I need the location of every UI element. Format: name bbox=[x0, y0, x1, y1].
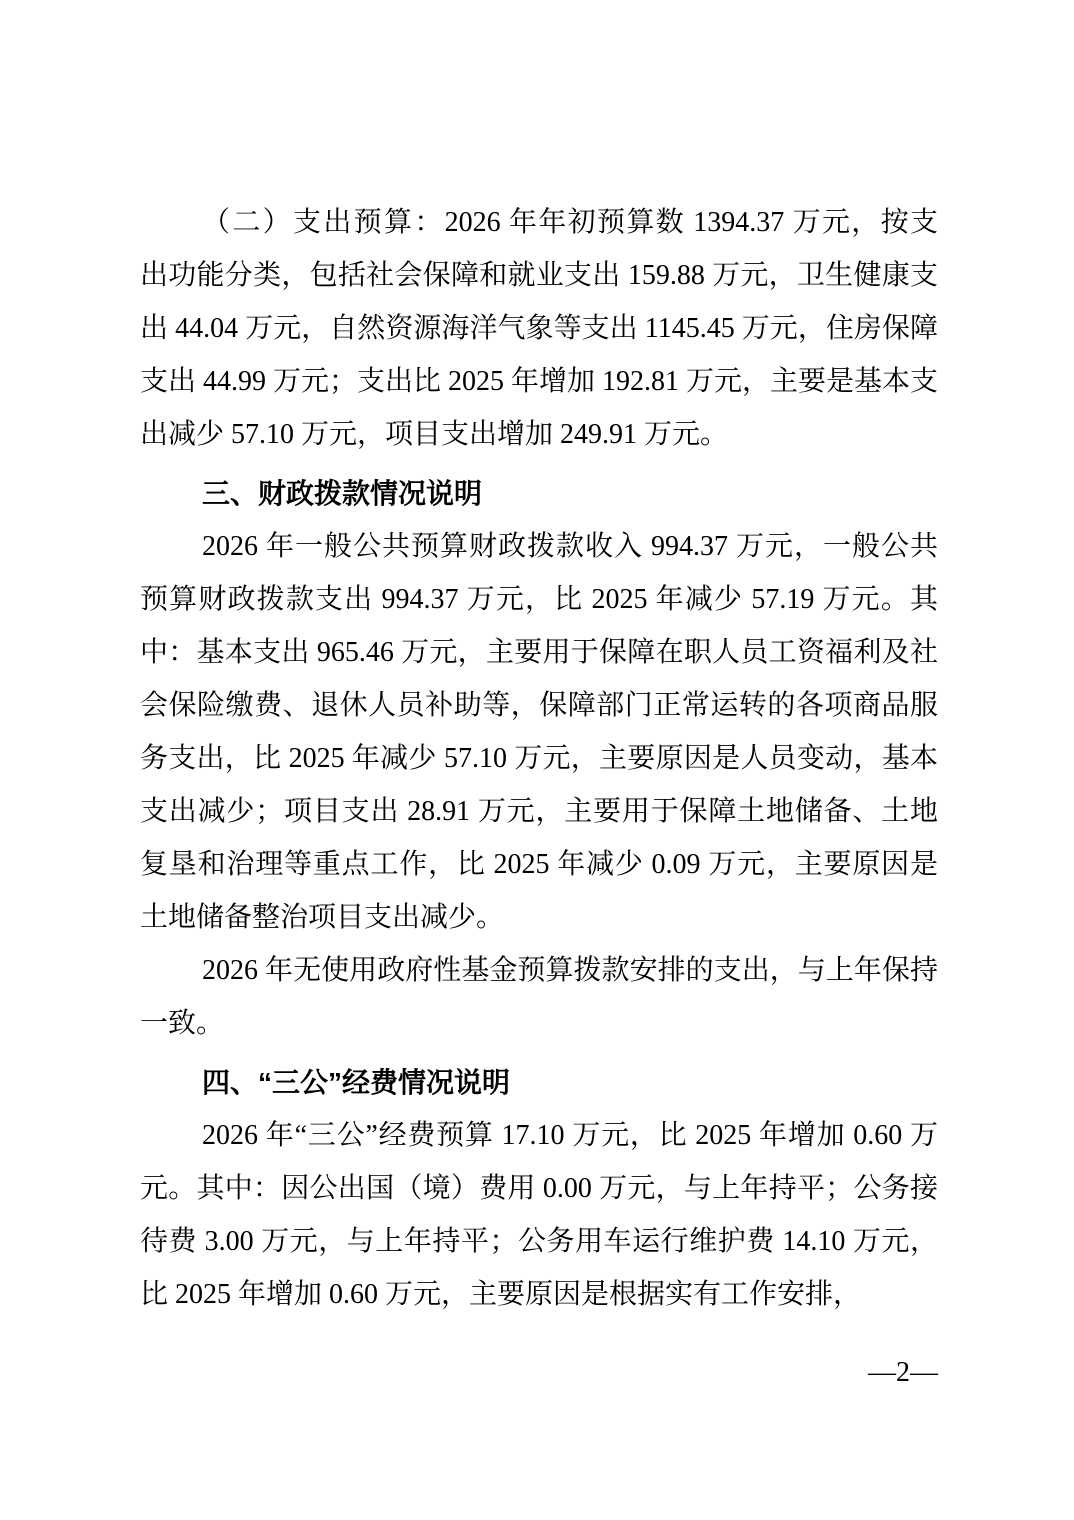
paragraph-three-public-expenses-detail: 2026 年“三公”经费预算 17.10 万元，比 2025 年增加 0.60 … bbox=[140, 1109, 938, 1321]
section-heading-three-public-expenses: 四、“三公”经费情况说明 bbox=[140, 1056, 938, 1109]
paragraph-lead-label: （二）支出预算： bbox=[202, 207, 445, 238]
paragraph-government-fund: 2026 年无使用政府性基金预算拨款安排的支出，与上年保持一致。 bbox=[140, 944, 938, 1050]
document-body: （二）支出预算：2026 年年初预算数 1394.37 万元，按支出功能分类，包… bbox=[140, 196, 938, 1399]
paragraph-fiscal-appropriation-detail: 2026 年一般公共预算财政拨款收入 994.37 万元，一般公共预算财政拨款支… bbox=[140, 520, 938, 944]
page-number: —2— bbox=[140, 1346, 938, 1399]
paragraph-expenditure-budget: （二）支出预算：2026 年年初预算数 1394.37 万元，按支出功能分类，包… bbox=[140, 196, 938, 461]
paragraph-text: 2026 年年初预算数 1394.37 万元，按支出功能分类，包括社会保障和就业… bbox=[140, 207, 938, 450]
section-heading-fiscal-appropriation: 三、财政拨款情况说明 bbox=[140, 467, 938, 520]
document-page: （二）支出预算：2026 年年初预算数 1394.37 万元，按支出功能分类，包… bbox=[0, 0, 1074, 1520]
